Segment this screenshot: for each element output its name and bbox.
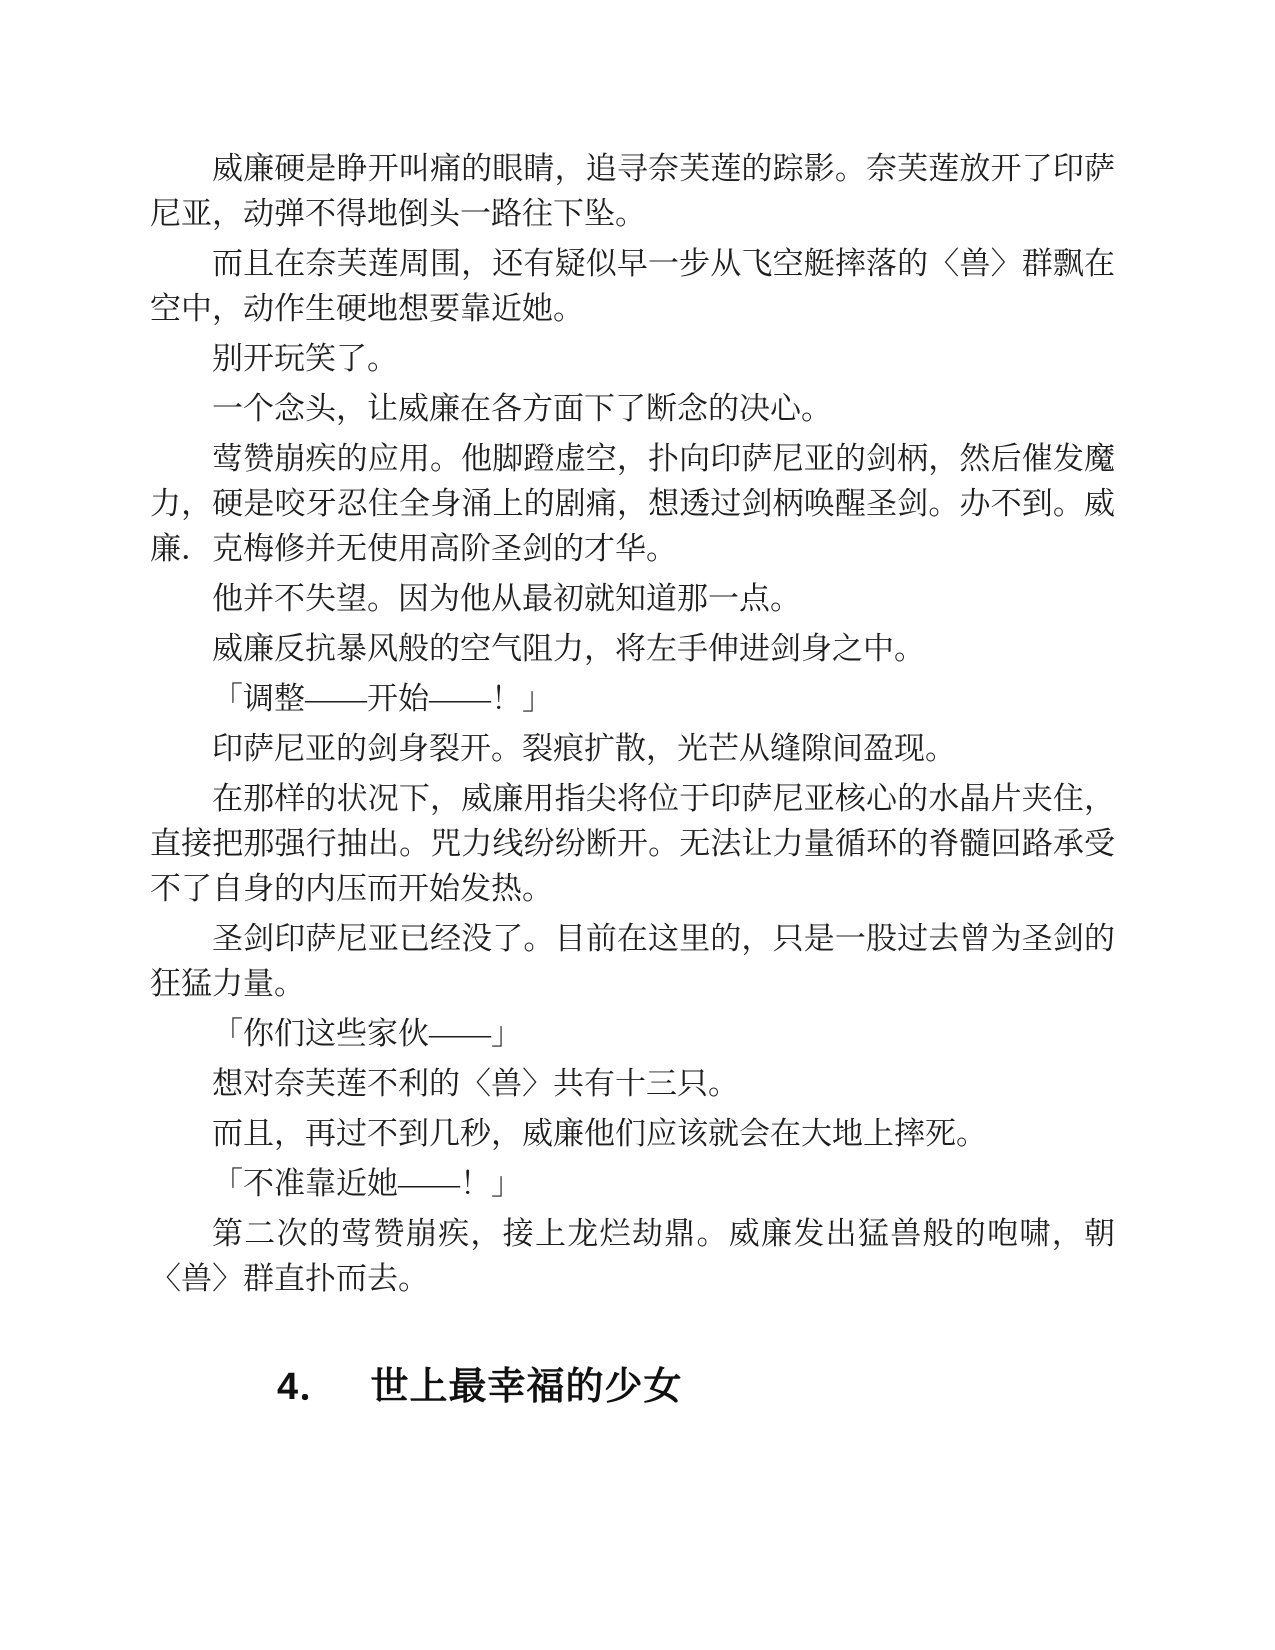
page-text: 威廉硬是睁开叫痛的眼睛，追寻奈芙莲的踪影。奈芙莲放开了印萨尼亚，动弹不得地倒头一… — [150, 146, 1115, 1301]
dialogue-paragraph: 「你们这些家伙——」 — [150, 1011, 1115, 1056]
chapter-number: 4． — [277, 1366, 338, 1408]
body-paragraph: 一个念头，让威廉在各方面下了断念的决心。 — [150, 386, 1115, 431]
chapter-heading: 4．世上最幸福的少女 — [277, 1365, 1115, 1409]
body-paragraph: 想对奈芙莲不利的〈兽〉共有十三只。 — [150, 1061, 1115, 1106]
body-paragraph: 威廉反抗暴风般的空气阻力，将左手伸进剑身之中。 — [150, 626, 1115, 671]
dialogue-paragraph: 「不准靠近她——！」 — [150, 1161, 1115, 1206]
chapter-title: 世上最幸福的少女 — [370, 1366, 682, 1408]
body-paragraph: 别开玩笑了。 — [150, 336, 1115, 381]
dialogue-paragraph: 「调整——开始——！」 — [150, 676, 1115, 721]
body-paragraph: 在那样的状况下，威廉用指尖将位于印萨尼亚核心的水晶片夹住，直接把那强行抽出。咒力… — [150, 776, 1115, 911]
body-paragraph: 威廉硬是睁开叫痛的眼睛，追寻奈芙莲的踪影。奈芙莲放开了印萨尼亚，动弹不得地倒头一… — [150, 146, 1115, 236]
body-paragraph: 而且，再过不到几秒，威廉他们应该就会在大地上摔死。 — [150, 1111, 1115, 1156]
novel-page: 威廉硬是睁开叫痛的眼睛，追寻奈芙莲的踪影。奈芙莲放开了印萨尼亚，动弹不得地倒头一… — [0, 0, 1275, 1650]
body-paragraph: 圣剑印萨尼亚已经没了。目前在这里的，只是一股过去曾为圣剑的狂猛力量。 — [150, 916, 1115, 1006]
body-paragraph: 而且在奈芙莲周围，还有疑似早一步从飞空艇摔落的〈兽〉群飘在空中，动作生硬地想要靠… — [150, 241, 1115, 331]
body-paragraph: 莺赞崩疾的应用。他脚蹬虚空，扑向印萨尼亚的剑柄，然后催发魔力，硬是咬牙忍住全身涌… — [150, 436, 1115, 571]
body-paragraph: 他并不失望。因为他从最初就知道那一点。 — [150, 576, 1115, 621]
body-paragraph: 第二次的莺赞崩疾，接上龙烂劫鼎。威廉发出猛兽般的咆啸，朝〈兽〉群直扑而去。 — [150, 1211, 1115, 1301]
body-paragraph: 印萨尼亚的剑身裂开。裂痕扩散，光芒从缝隙间盈现。 — [150, 726, 1115, 771]
